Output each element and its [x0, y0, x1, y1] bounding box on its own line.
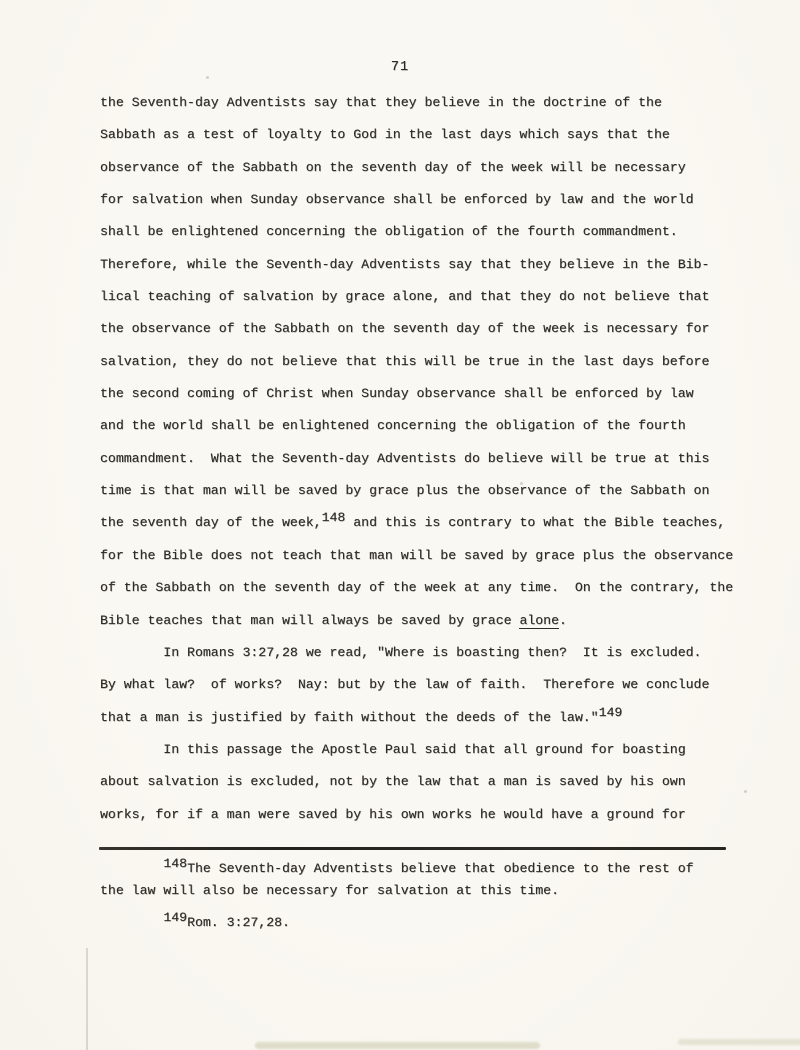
text-line: commandment. What the Seventh-day Advent… — [100, 443, 760, 475]
scan-speck — [206, 76, 209, 79]
text-segment: the seventh day of the week, — [100, 515, 322, 530]
footnote-reference: 148 — [163, 856, 187, 871]
text-segment: Rom. 3:27,28. — [187, 915, 290, 930]
text-line: Bible teaches that man will always be sa… — [100, 605, 760, 637]
text-segment: shall be enlightened concerning the obli… — [100, 224, 678, 239]
text-segment: the observance of the Sabbath on the sev… — [100, 321, 709, 336]
text-line: that a man is justified by faith without… — [100, 702, 760, 734]
text-segment: By what law? of works? Nay: but by the l… — [100, 677, 709, 692]
text-segment: commandment. What the Seventh-day Advent… — [100, 451, 709, 466]
text-segment: the law will also be necessary for salva… — [100, 883, 559, 898]
text-line: 148The Seventh-day Adventists believe th… — [100, 858, 760, 880]
underlined-text: alone — [519, 613, 559, 629]
text-line: salvation, they do not believe that this… — [100, 346, 760, 378]
text-segment: and the world shall be enlightened conce… — [100, 418, 686, 433]
text-segment: time is that man will be saved by grace … — [100, 483, 709, 498]
footnote-reference: 148 — [322, 510, 346, 525]
text-segment: of the Sabbath on the seventh day of the… — [100, 580, 733, 595]
footnote: 149Rom. 3:27,28. — [100, 912, 760, 934]
scan-smudge — [255, 1042, 540, 1049]
scan-smudge — [678, 1039, 800, 1045]
text-segment: and this is contrary to what the Bible t… — [345, 515, 725, 530]
text-segment — [100, 861, 163, 876]
text-segment: works, for if a man were saved by his ow… — [100, 807, 686, 822]
footnote-reference: 149 — [599, 705, 623, 720]
text-segment: for the Bible does not teach that man wi… — [100, 548, 733, 563]
text-segment: the Seventh-day Adventists say that they… — [100, 95, 662, 110]
text-segment: Bible teaches that man will always be sa… — [100, 613, 519, 628]
footnote: 148The Seventh-day Adventists believe th… — [100, 858, 760, 901]
text-line: observance of the Sabbath on the seventh… — [100, 152, 760, 184]
text-line: 149Rom. 3:27,28. — [100, 912, 760, 934]
text-segment: for salvation when Sunday observance sha… — [100, 192, 694, 207]
scan-edge-line — [86, 948, 88, 1050]
text-line: for the Bible does not teach that man wi… — [100, 540, 760, 572]
text-line: the seventh day of the week,148 and this… — [100, 507, 760, 539]
text-line: works, for if a man were saved by his ow… — [100, 799, 760, 831]
text-segment — [100, 915, 163, 930]
text-line: and the world shall be enlightened conce… — [100, 410, 760, 442]
text-line: the second coming of Christ when Sunday … — [100, 378, 760, 410]
text-segment: about salvation is excluded, not by the … — [100, 774, 686, 789]
text-segment: the second coming of Christ when Sunday … — [100, 386, 694, 401]
text-line: Sabbath as a test of loyalty to God in t… — [100, 119, 760, 151]
text-segment: In this passage the Apostle Paul said th… — [100, 742, 686, 757]
footnote-reference: 149 — [163, 910, 187, 925]
text-line: In this passage the Apostle Paul said th… — [100, 734, 760, 766]
footnote-separator — [99, 847, 726, 850]
document-page: 71 the Seventh-day Adventists say that t… — [0, 0, 800, 1050]
text-line: about salvation is excluded, not by the … — [100, 766, 760, 798]
text-line: the Seventh-day Adventists say that they… — [100, 87, 760, 119]
text-line: Therefore, while the Seventh-day Adventi… — [100, 249, 760, 281]
text-segment: In Romans 3:27,28 we read, "Where is boa… — [100, 645, 701, 660]
footnotes: 148The Seventh-day Adventists believe th… — [100, 858, 760, 934]
text-segment: Sabbath as a test of loyalty to God in t… — [100, 127, 670, 142]
text-segment: The Seventh-day Adventists believe that … — [187, 861, 693, 876]
page-number: 71 — [0, 60, 800, 75]
text-segment: observance of the Sabbath on the seventh… — [100, 160, 686, 175]
body-text: the Seventh-day Adventists say that they… — [100, 87, 760, 831]
text-line: of the Sabbath on the seventh day of the… — [100, 572, 760, 604]
text-line: In Romans 3:27,28 we read, "Where is boa… — [100, 637, 760, 669]
text-line: for salvation when Sunday observance sha… — [100, 184, 760, 216]
text-segment: Therefore, while the Seventh-day Adventi… — [100, 257, 709, 272]
text-segment: . — [559, 613, 567, 628]
text-line: By what law? of works? Nay: but by the l… — [100, 669, 760, 701]
text-segment: that a man is justified by faith without… — [100, 710, 599, 725]
text-line: lical teaching of salvation by grace alo… — [100, 281, 760, 313]
text-line: the law will also be necessary for salva… — [100, 880, 760, 902]
text-segment: salvation, they do not believe that this… — [100, 354, 709, 369]
text-line: shall be enlightened concerning the obli… — [100, 216, 760, 248]
text-line: time is that man will be saved by grace … — [100, 475, 760, 507]
text-line: the observance of the Sabbath on the sev… — [100, 313, 760, 345]
text-segment: lical teaching of salvation by grace alo… — [100, 289, 709, 304]
